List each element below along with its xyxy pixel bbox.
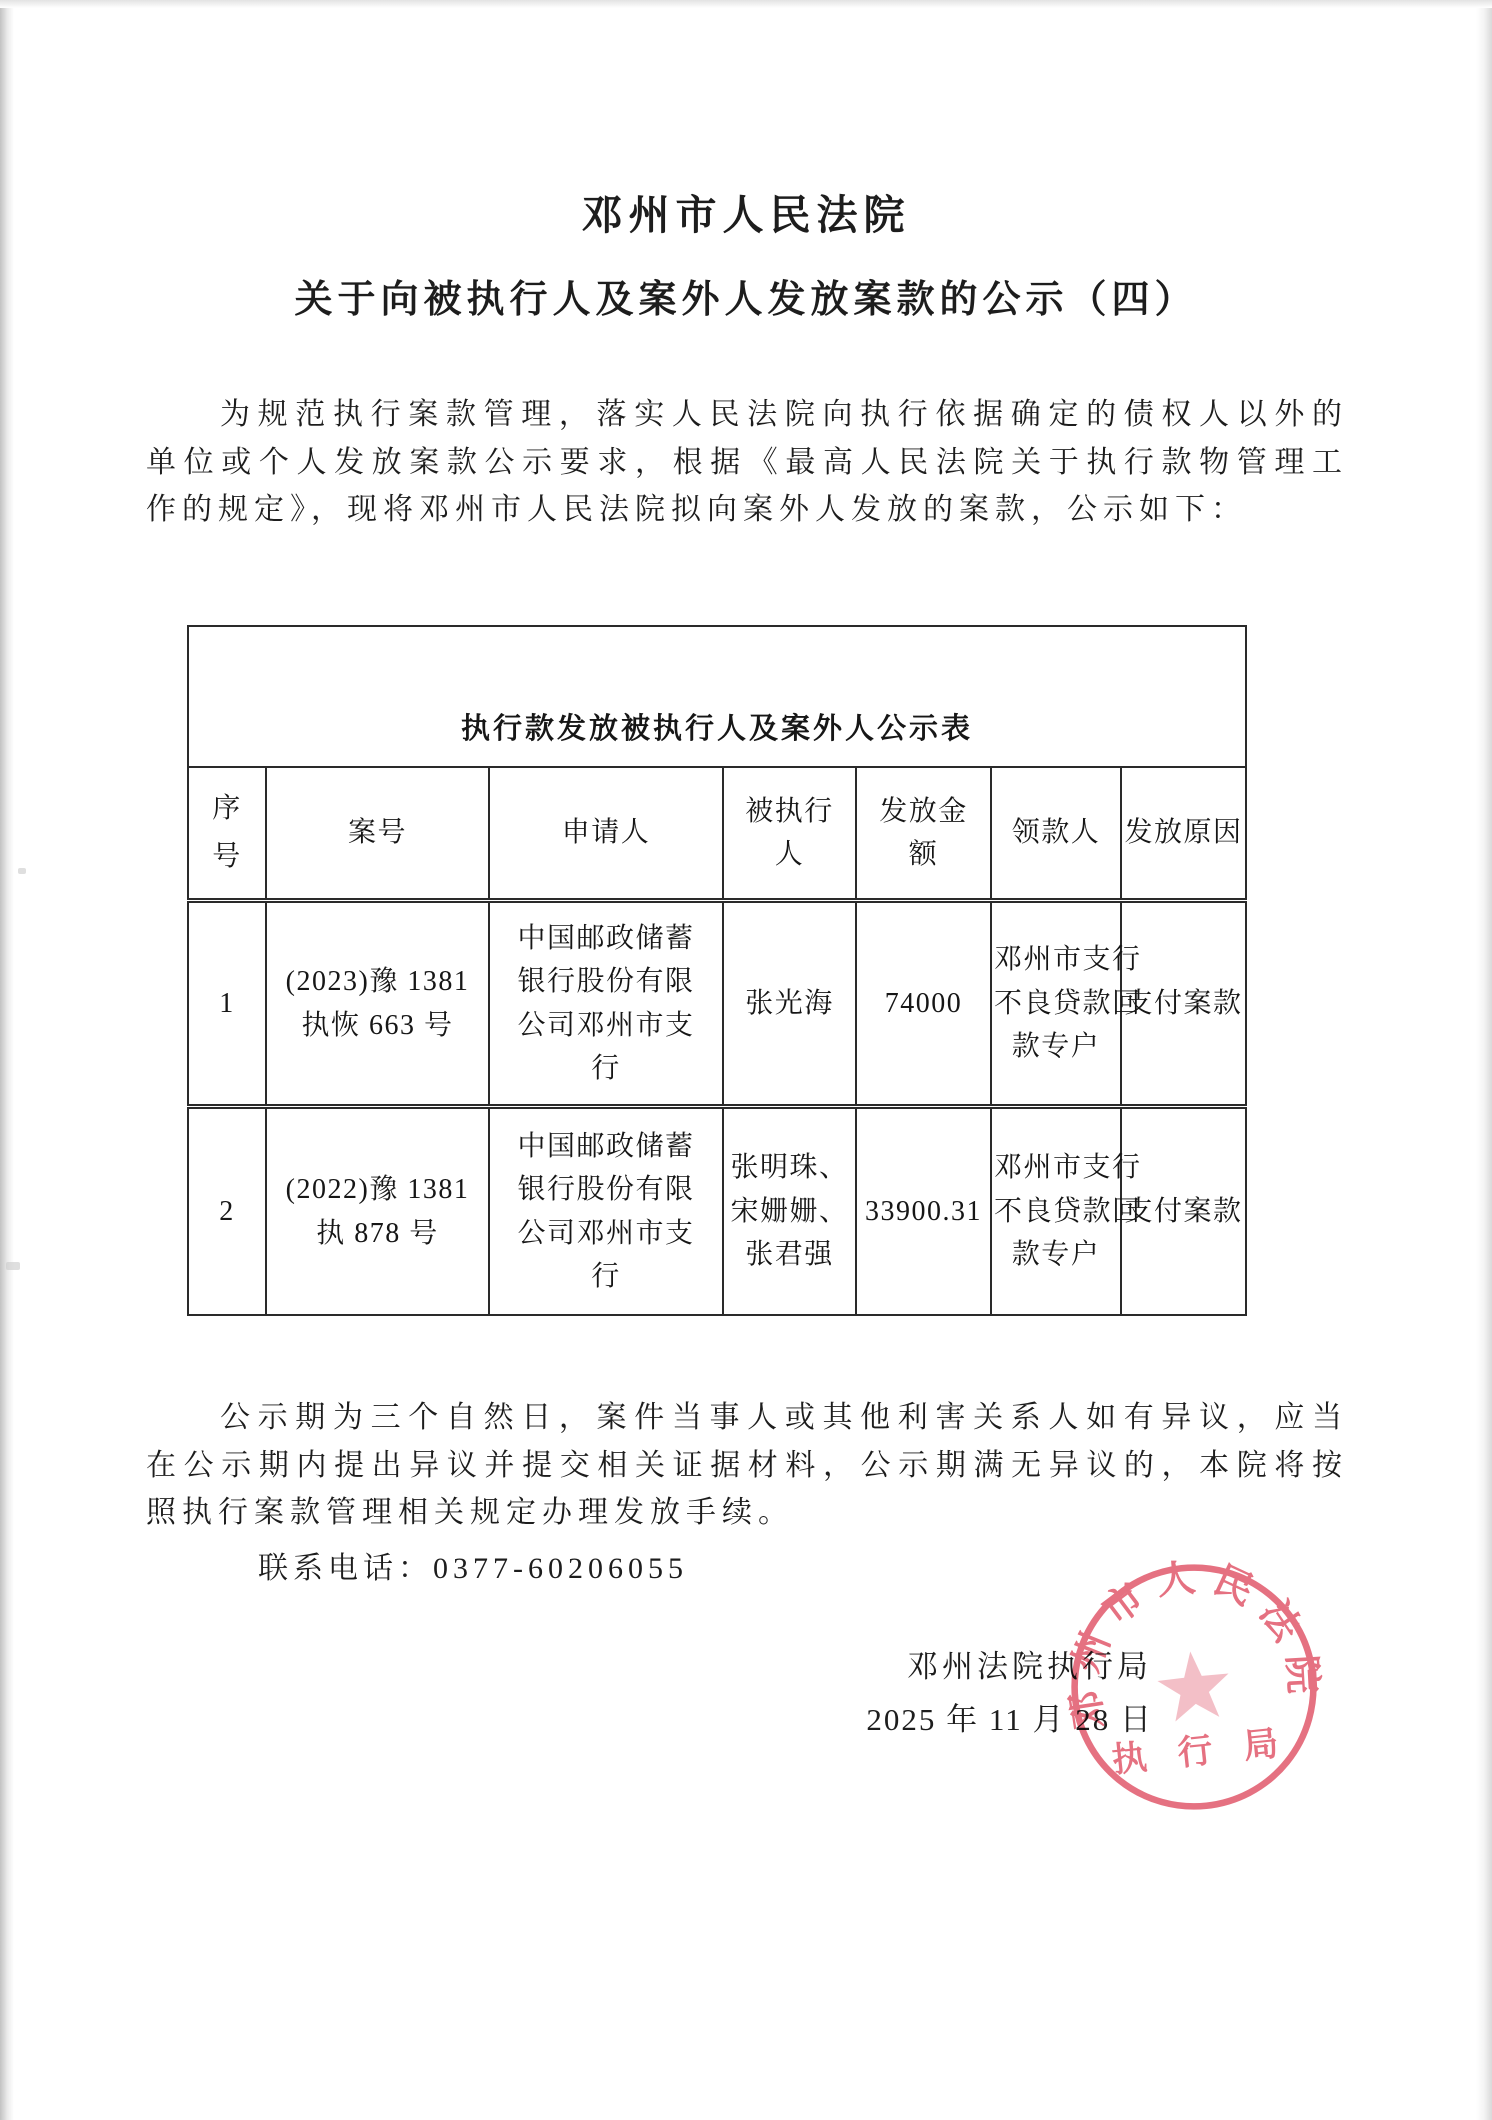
closing-paragraph: 公示期为三个自然日，案件当事人或其他利害关系人如有异议，应当 在公示期内提出异议… <box>146 1394 1348 1537</box>
official-seal: 邓州市人民法院 执 行 局 <box>1053 1546 1335 1828</box>
cell-respondent: 张明珠、 宋姗姗、 张君强 <box>723 1107 856 1316</box>
cell-amount: 33900.31 <box>856 1107 991 1316</box>
page-title: 邓州市人民法院 <box>0 182 1492 241</box>
table-row: 1 (2023)豫 1381 执恢 663 号 中国邮政储蓄 银行股份有限 公司… <box>188 901 1246 1107</box>
header-payee: 领款人 <box>991 767 1121 901</box>
contact-phone: 联系电话：0377-60206055 <box>258 1543 688 1587</box>
header-case-no: 案号 <box>266 767 489 901</box>
closing-line: 照执行案款管理相关规定办理发放手续。 <box>146 1489 1348 1537</box>
cell-case-no: (2023)豫 1381 执恢 663 号 <box>266 901 489 1107</box>
table-row: 2 (2022)豫 1381 执 878 号 中国邮政储蓄 银行股份有限 公司邓… <box>188 1107 1246 1316</box>
cell-applicant: 中国邮政储蓄 银行股份有限 公司邓州市支 行 <box>489 1107 723 1316</box>
intro-line: 为规范执行案款管理，落实人民法院向执行依据确定的债权人以外的 <box>146 391 1348 439</box>
cell-seq: 2 <box>188 1107 266 1316</box>
scan-speck <box>18 868 26 874</box>
cell-reason: 支付案款 <box>1121 901 1246 1107</box>
closing-line: 在公示期内提出异议并提交相关证据材料，公示期满无异议的，本院将按 <box>146 1442 1348 1490</box>
header-respondent: 被执行人 <box>723 767 856 901</box>
cell-payee: 邓州市支行 不良贷款回 款专户 <box>991 901 1121 1107</box>
page-subtitle: 关于向被执行人及案外人发放案款的公示（四） <box>0 268 1492 323</box>
cell-payee: 邓州市支行 不良贷款回 款专户 <box>991 1107 1121 1316</box>
intro-line: 作的规定》，现将邓州市人民法院拟向案外人发放的案款，公示如下： <box>146 486 1348 534</box>
seal-star-icon <box>1155 1648 1233 1723</box>
header-applicant: 申请人 <box>489 767 723 901</box>
seal-bottom-text: 执 行 局 <box>1110 1723 1291 1780</box>
intro-line: 单位或个人发放案款公示要求，根据《最高人民法院关于执行款物管理工 <box>146 439 1348 487</box>
closing-line: 公示期为三个自然日，案件当事人或其他利害关系人如有异议，应当 <box>146 1394 1348 1442</box>
table-title: 执行款发放被执行人及案外人公示表 <box>188 626 1246 767</box>
cell-respondent: 张光海 <box>723 901 856 1107</box>
cell-seq: 1 <box>188 901 266 1107</box>
header-amount: 发放金额 <box>856 767 991 901</box>
scan-speck <box>6 1262 20 1270</box>
cell-applicant: 中国邮政储蓄 银行股份有限 公司邓州市支 行 <box>489 901 723 1107</box>
header-reason: 发放原因 <box>1121 767 1246 901</box>
cell-amount: 74000 <box>856 901 991 1107</box>
cell-reason: 支付案款 <box>1121 1107 1246 1316</box>
header-seq: 序号 <box>188 767 266 901</box>
cell-case-no: (2022)豫 1381 执 878 号 <box>266 1107 489 1316</box>
publication-table: 执行款发放被执行人及案外人公示表 序号 案号 申请人 被执行人 发放金额 领款人… <box>187 625 1247 1316</box>
intro-paragraph: 为规范执行案款管理，落实人民法院向执行依据确定的债权人以外的 单位或个人发放案款… <box>146 391 1348 534</box>
scan-edge-top <box>0 0 1492 8</box>
